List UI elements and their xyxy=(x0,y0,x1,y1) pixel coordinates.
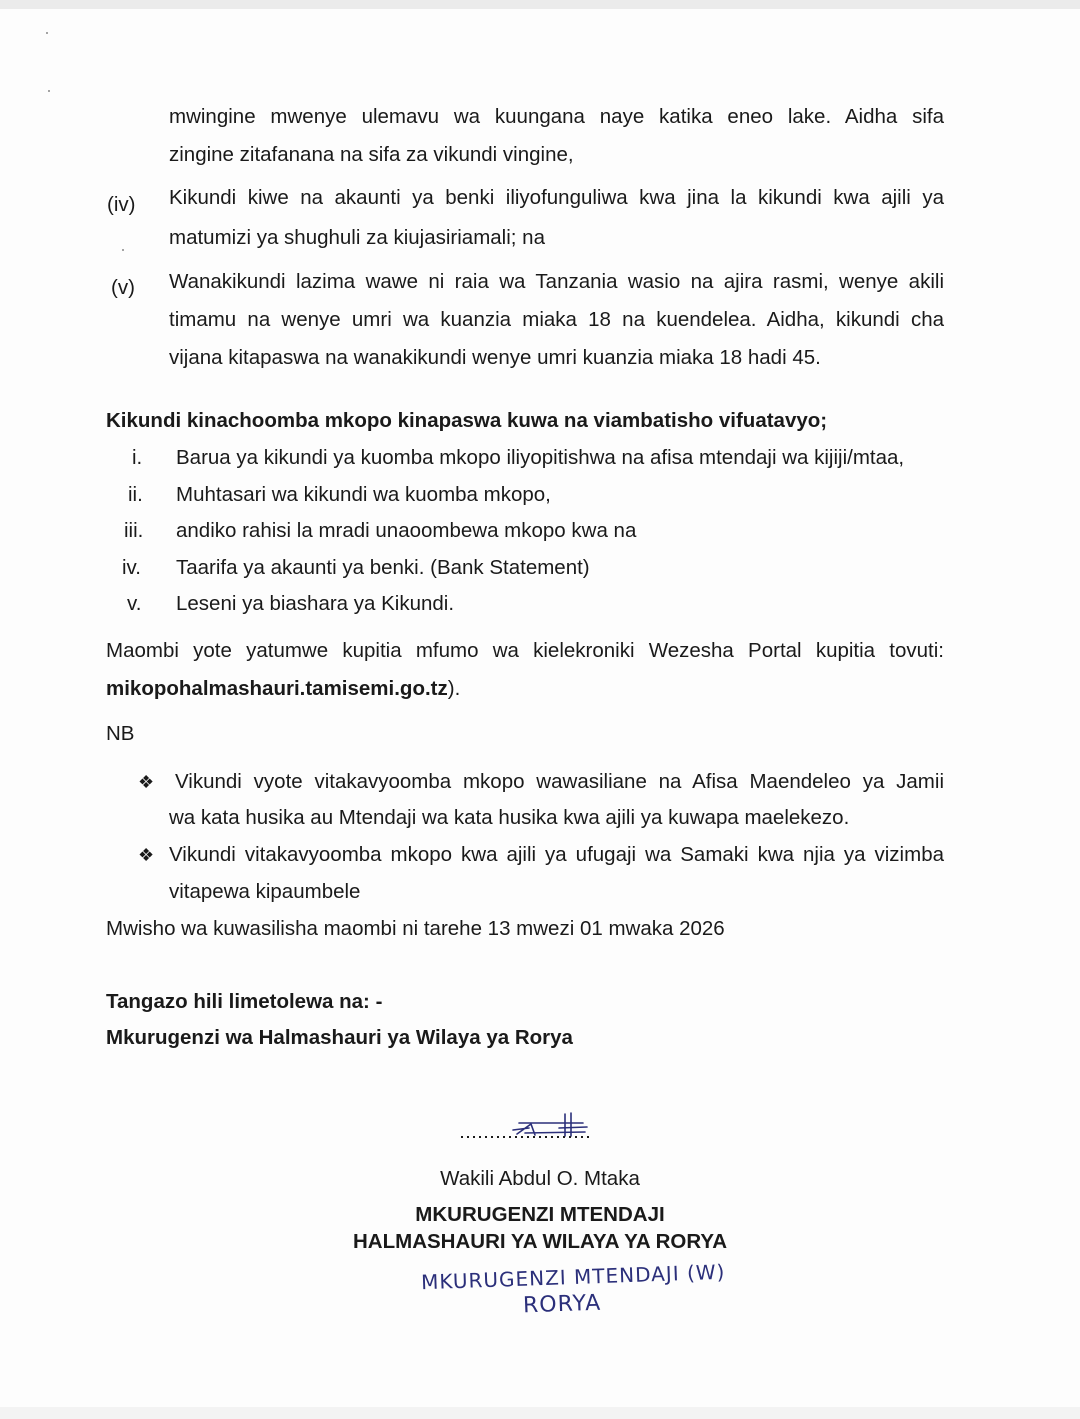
continuation-line-2: zingine zitafanana na sifa za vikundi vi… xyxy=(169,143,574,167)
attachment-item: andiko rahisi la mradi unaoombewa mkopo … xyxy=(176,519,636,543)
submission-url-line: mikopohalmashauri.tamisemi.go.tz). xyxy=(106,677,460,701)
attachment-marker: iii. xyxy=(124,519,143,543)
page-bottom-edge xyxy=(0,1407,1080,1419)
criterion-v-line-1: Wanakikundi lazima wawe ni raia wa Tanza… xyxy=(169,270,944,294)
issuer-line-2: Mkurugenzi wa Halmashauri ya Wilaya ya R… xyxy=(106,1026,573,1050)
diamond-bullet-icon: ❖ xyxy=(138,770,154,794)
submission-line: Maombi yote yatumwe kupitia mfumo wa kie… xyxy=(106,639,944,663)
criterion-marker-v: (v) xyxy=(111,276,135,300)
page-top-edge xyxy=(0,0,1080,9)
criterion-v-line-3: vijana kitapaswa na wanakikundi wenye um… xyxy=(169,346,821,370)
signatory-title-2: HALMASHAURI YA WILAYA YA RORYA xyxy=(0,1230,1080,1254)
deadline-text: Mwisho wa kuwasilisha maombi ni tarehe 1… xyxy=(106,917,725,941)
scan-speck xyxy=(46,32,48,34)
attachment-marker: i. xyxy=(132,446,142,470)
url-suffix: ). xyxy=(448,677,461,700)
attachment-marker: v. xyxy=(127,592,141,616)
attachment-item: Taarifa ya akaunti ya benki. (Bank State… xyxy=(176,556,590,580)
stamp-line-1: MKURUGENZI MTENDAJI (W) xyxy=(421,1260,726,1295)
attachment-item: Muhtasari wa kikundi wa kuomba mkopo, xyxy=(176,483,551,507)
signatory-title-1: MKURUGENZI MTENDAJI xyxy=(0,1203,1080,1227)
criterion-v-line-2: timamu na wenye umri wa kuanzia miaka 18… xyxy=(169,308,944,332)
nb-bullet-2-line-2: vitapewa kipaumbele xyxy=(169,880,360,904)
criterion-iv-line-2: matumizi ya shughuli za kiujasiriamali; … xyxy=(169,226,545,250)
nb-bullet-1-line-1: Vikundi vyote vitakavyoomba mkopo wawasi… xyxy=(175,770,944,794)
diamond-bullet-icon: ❖ xyxy=(138,843,154,867)
nb-label: NB xyxy=(106,722,134,746)
issuer-line-1: Tangazo hili limetolewa na: - xyxy=(106,990,382,1014)
scan-speck xyxy=(48,90,50,92)
attachments-heading: Kikundi kinachoomba mkopo kinapaswa kuwa… xyxy=(106,409,827,433)
handwritten-signature-icon xyxy=(455,1108,600,1142)
continuation-line-1: mwingine mwenye ulemavu wa kuungana naye… xyxy=(169,105,944,129)
signatory-name: Wakili Abdul O. Mtaka xyxy=(0,1167,1080,1191)
attachment-marker: iv. xyxy=(122,556,141,580)
nb-bullet-2-line-1: Vikundi vitakavyoomba mkopo kwa ajili ya… xyxy=(169,843,944,867)
attachment-item: Barua ya kikundi ya kuomba mkopo iliyopi… xyxy=(176,446,904,470)
nb-bullet-1-line-2: wa kata husika au Mtendaji wa kata husik… xyxy=(169,806,849,830)
portal-url-link[interactable]: mikopohalmashauri.tamisemi.go.tz xyxy=(106,677,448,700)
scan-speck xyxy=(122,249,124,251)
criterion-iv-line-1: Kikundi kiwe na akaunti ya benki iliyofu… xyxy=(169,186,944,210)
attachment-item: Leseni ya biashara ya Kikundi. xyxy=(176,592,454,616)
stamp-line-2: RORYA xyxy=(523,1291,602,1319)
attachment-marker: ii. xyxy=(128,483,143,507)
criterion-marker-iv: (iv) xyxy=(107,193,135,217)
